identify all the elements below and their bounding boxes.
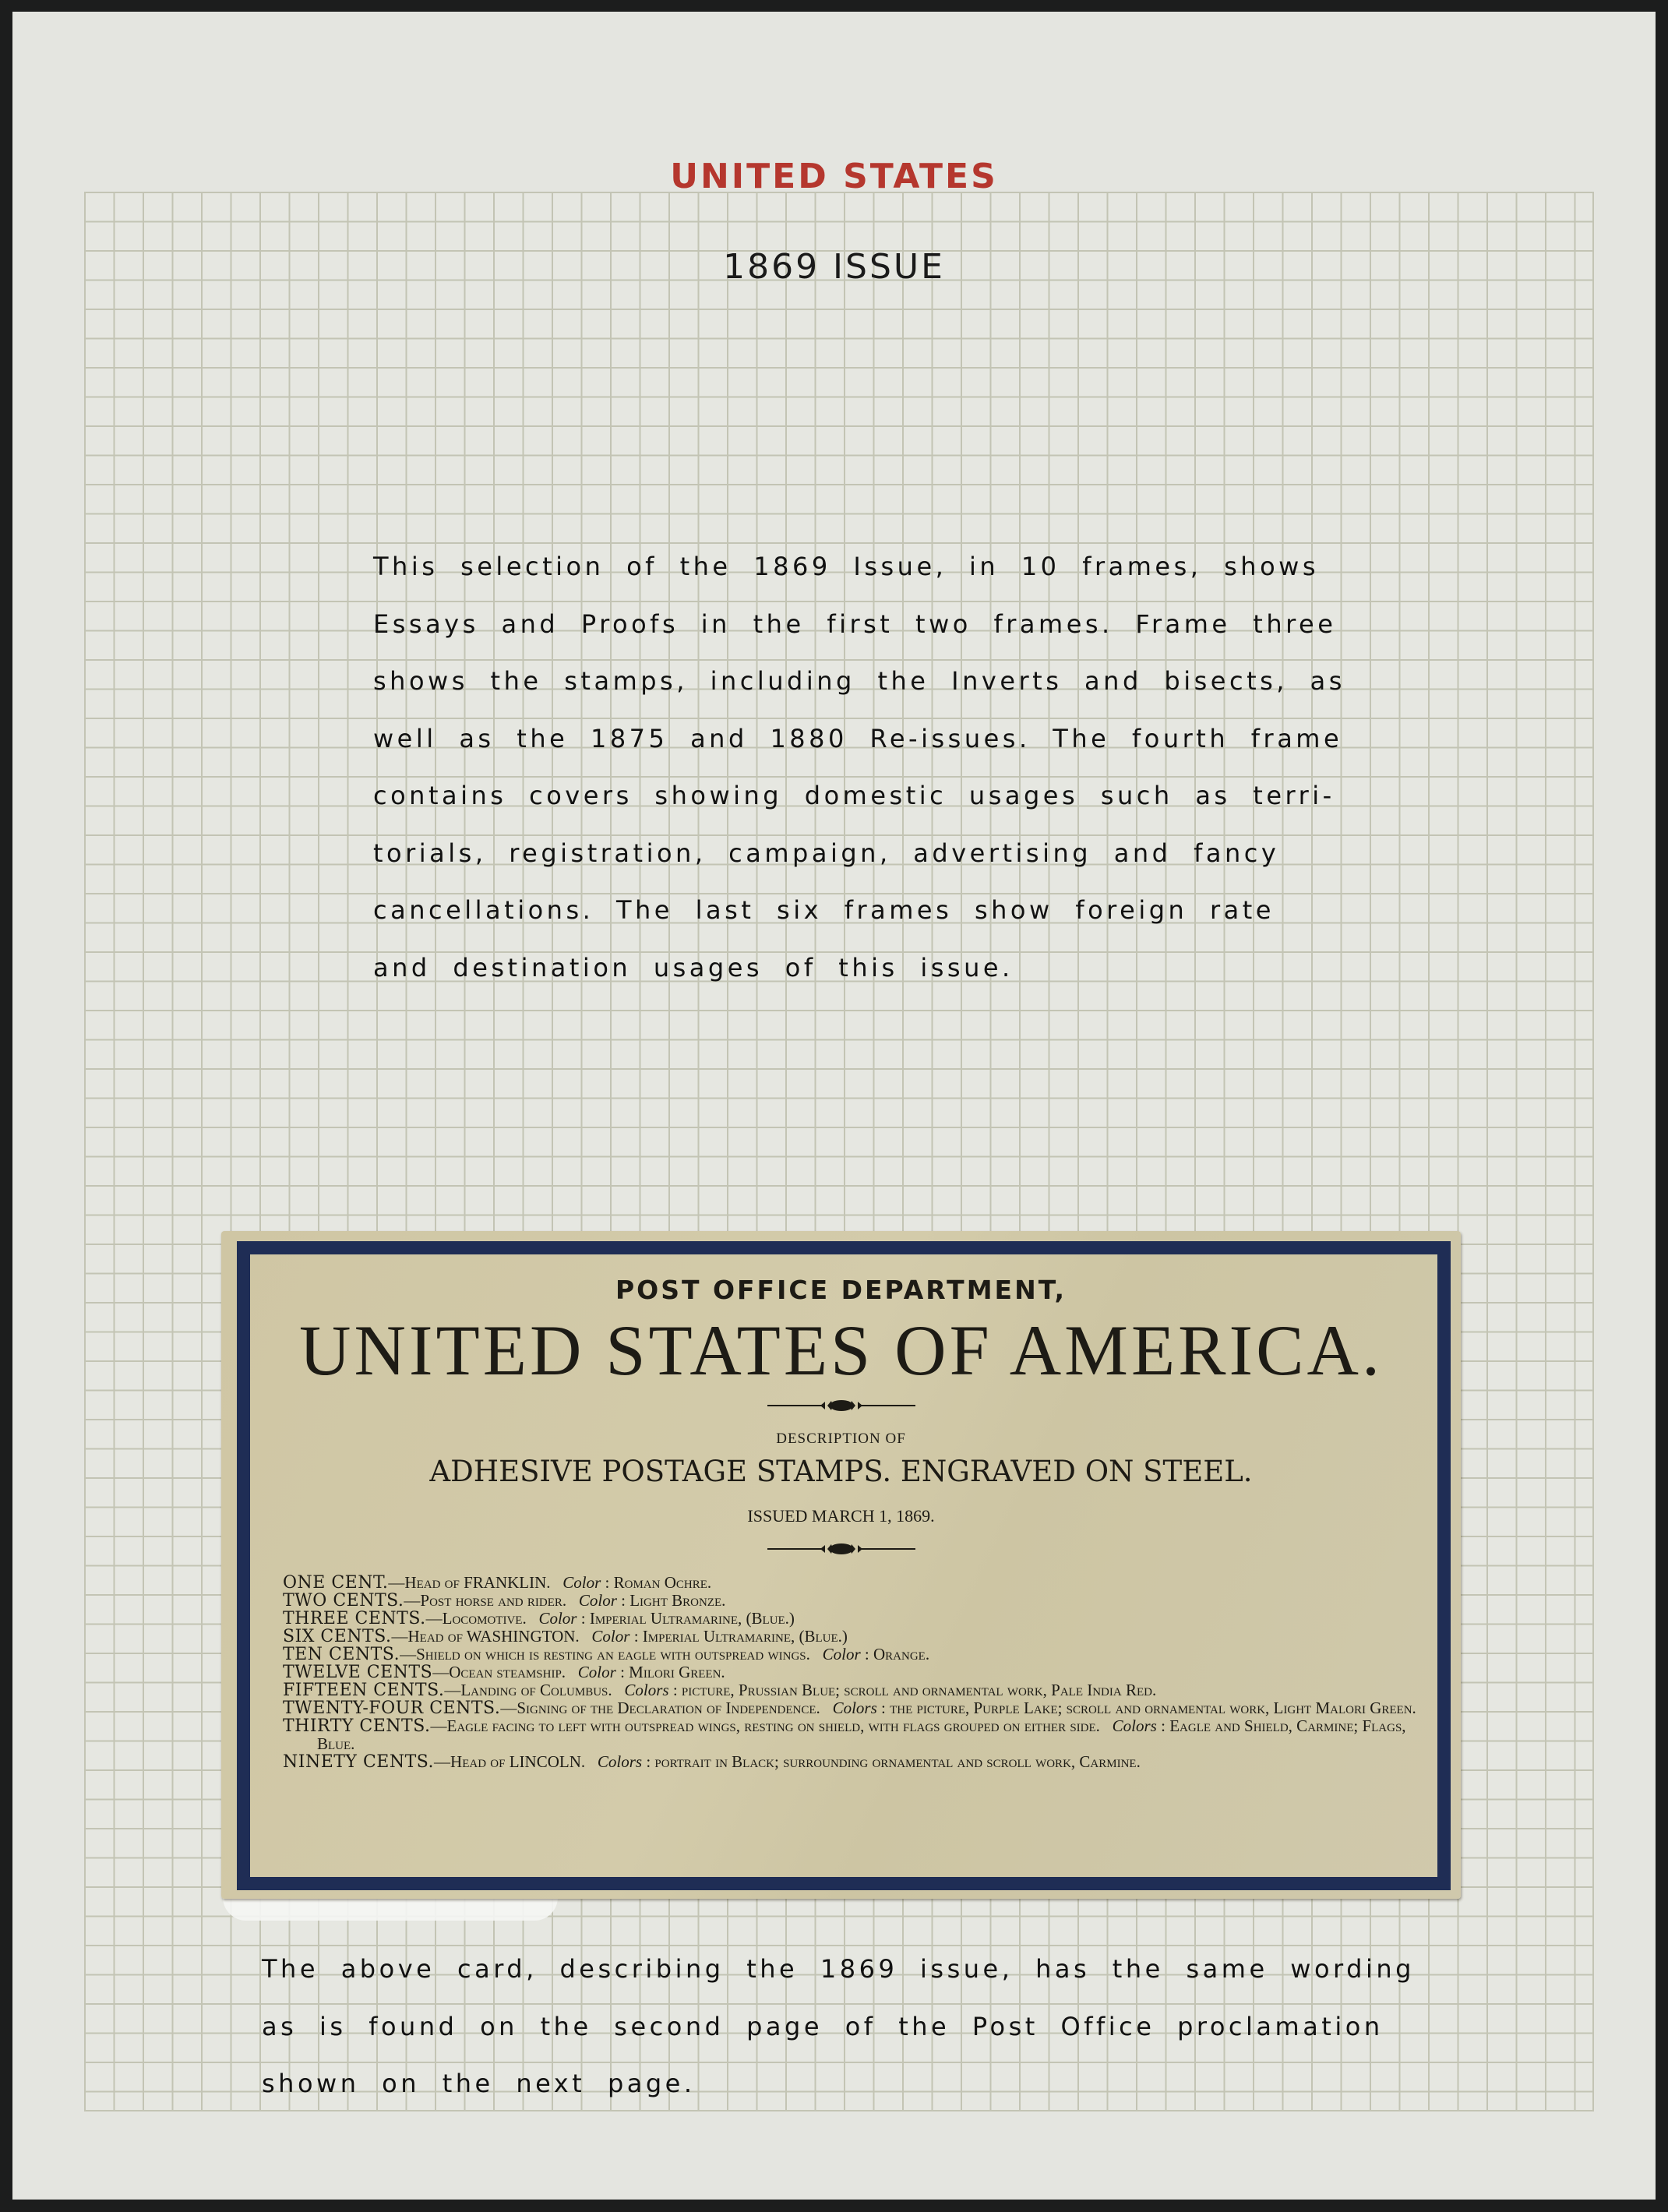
caption-line: The above card, describing the 1869 issu… [262,1949,1446,2006]
stamp-subject: Post horse and rider. [420,1591,566,1610]
intro-line: This selection of the 1869 Issue, in 10 … [373,546,1339,604]
intro-line: shows the stamps, including the Inverts … [373,661,1339,718]
mount-strip [223,1897,558,1921]
stamp-row: TWO CENTS.—Post horse and rider. Color :… [283,1592,1436,1610]
stamp-colors: Imperial Ultramarine, (Blue.) [590,1609,795,1628]
card-subtitle: ADHESIVE POSTAGE STAMPS. ENGRAVED ON STE… [221,1455,1461,1488]
stamp-denomination: TWENTY-FOUR CENTS. [283,1699,500,1718]
stamp-subject: Signing of the Declaration of Independen… [517,1699,820,1717]
stamp-subject: Shield on which is resting an eagle with… [416,1645,810,1663]
stamp-row: THREE CENTS.—Locomotive. Color : Imperia… [283,1610,1436,1628]
ornament-divider-icon [767,1399,915,1413]
stamp-color-label: Color [562,1573,601,1592]
stamp-color-label: Colors [624,1681,668,1699]
intro-line: contains covers showing domestic usages … [373,775,1339,833]
stamp-color-label: Color [579,1591,617,1610]
card-title: UNITED STATES OF AMERICA. [221,1309,1461,1392]
stamp-colors: Imperial Ultramarine, (Blue.) [643,1627,848,1646]
stamp-denomination: ONE CENT. [283,1573,388,1593]
caption-line: shown on the next page. [262,2063,1446,2121]
stamp-row: TWENTY-FOUR CENTS.—Signing of the Declar… [283,1699,1436,1717]
intro-line: torials, registration, campaign, adverti… [373,833,1339,891]
stamp-colors: portrait in Black; surrounding ornamenta… [654,1752,1140,1771]
stamp-color-label: Colors [1113,1716,1157,1735]
stamp-row: THIRTY CENTS.—Eagle facing to left with … [283,1717,1436,1753]
card-issued-date: ISSUED MARCH 1, 1869. [221,1506,1461,1526]
stamp-row: FIFTEEN CENTS.—Landing of Columbus. Colo… [283,1681,1436,1699]
stamp-row: SIX CENTS.—Head of WASHINGTON. Color : I… [283,1628,1436,1646]
stamp-colors: the picture, Purple Lake; scroll and orn… [890,1699,1416,1717]
caption-line: as is found on the second page of the Po… [262,2006,1446,2064]
stamp-colors: Light Bronze. [629,1591,725,1610]
stamp-row: NINETY CENTS.—Head of LINCOLN. Colors : … [283,1753,1436,1771]
stamp-subject: Ocean steamship. [449,1663,566,1681]
stamp-subject: Eagle facing to left with outspread wing… [447,1716,1100,1735]
stamp-colors: picture, Prussian Blue; scroll and ornam… [682,1681,1156,1699]
stamp-denomination: NINETY CENTS. [283,1752,434,1772]
stamp-subject: Head of WASHINGTON. [408,1627,580,1646]
page-heading-country: UNITED STATES [12,157,1656,196]
stamp-denomination: TWO CENTS. [283,1591,404,1610]
intro-line: Essays and Proofs in the first two frame… [373,604,1339,661]
stamp-row: ONE CENT.—Head of FRANKLIN. Color : Roma… [283,1574,1436,1592]
page-subheading-issue: 1869 ISSUE [12,247,1656,287]
stamp-subject: Head of LINCOLN. [450,1752,585,1771]
intro-line: cancellations. The last six frames show … [373,890,1339,947]
caption-paragraph: The above card, describing the 1869 issu… [262,1949,1446,2121]
stamp-color-label: Color [591,1627,629,1646]
intro-line: well as the 1875 and 1880 Re-issues. The… [373,718,1339,776]
stamp-subject: Landing of Columbus. [460,1681,612,1699]
stamp-description-card: POST OFFICE DEPARTMENT, UNITED STATES OF… [221,1231,1461,1899]
stamp-row: TWELVE CENTS—Ocean steamship. Color : Mi… [283,1663,1436,1681]
stamp-colors: Orange. [873,1645,929,1663]
card-department: POST OFFICE DEPARTMENT, [221,1275,1461,1305]
stamp-colors: Roman Ochre. [614,1573,712,1592]
stamp-denomination: SIX CENTS. [283,1627,392,1646]
stamp-row: TEN CENTS.—Shield on which is resting an… [283,1646,1436,1663]
stamp-colors: Milori Green. [629,1663,725,1681]
ornament-divider-icon [767,1542,915,1556]
intro-line: and destination usages of this issue. [373,947,1339,1005]
stamp-color-label: Colors [833,1699,877,1717]
card-description-of: DESCRIPTION OF [221,1431,1461,1448]
stamp-color-label: Color [823,1645,861,1663]
stamp-denomination: THIRTY CENTS. [283,1716,431,1736]
stamp-list: ONE CENT.—Head of FRANKLIN. Color : Roma… [283,1574,1436,1771]
stamp-color-label: Color [538,1609,577,1628]
stamp-subject: Locomotive. [443,1609,527,1628]
intro-paragraph: This selection of the 1869 Issue, in 10 … [373,546,1339,1004]
stamp-subject: Head of FRANKLIN. [404,1573,550,1592]
stamp-denomination: THREE CENTS. [283,1609,426,1628]
stamp-color-label: Colors [598,1752,642,1771]
stamp-color-label: Color [578,1663,616,1681]
album-page: UNITED STATES 1869 ISSUE This selection … [12,12,1656,2200]
stamp-denomination: TEN CENTS. [283,1645,400,1664]
stamp-denomination: FIFTEEN CENTS. [283,1681,444,1700]
stamp-denomination: TWELVE CENTS [283,1663,432,1682]
